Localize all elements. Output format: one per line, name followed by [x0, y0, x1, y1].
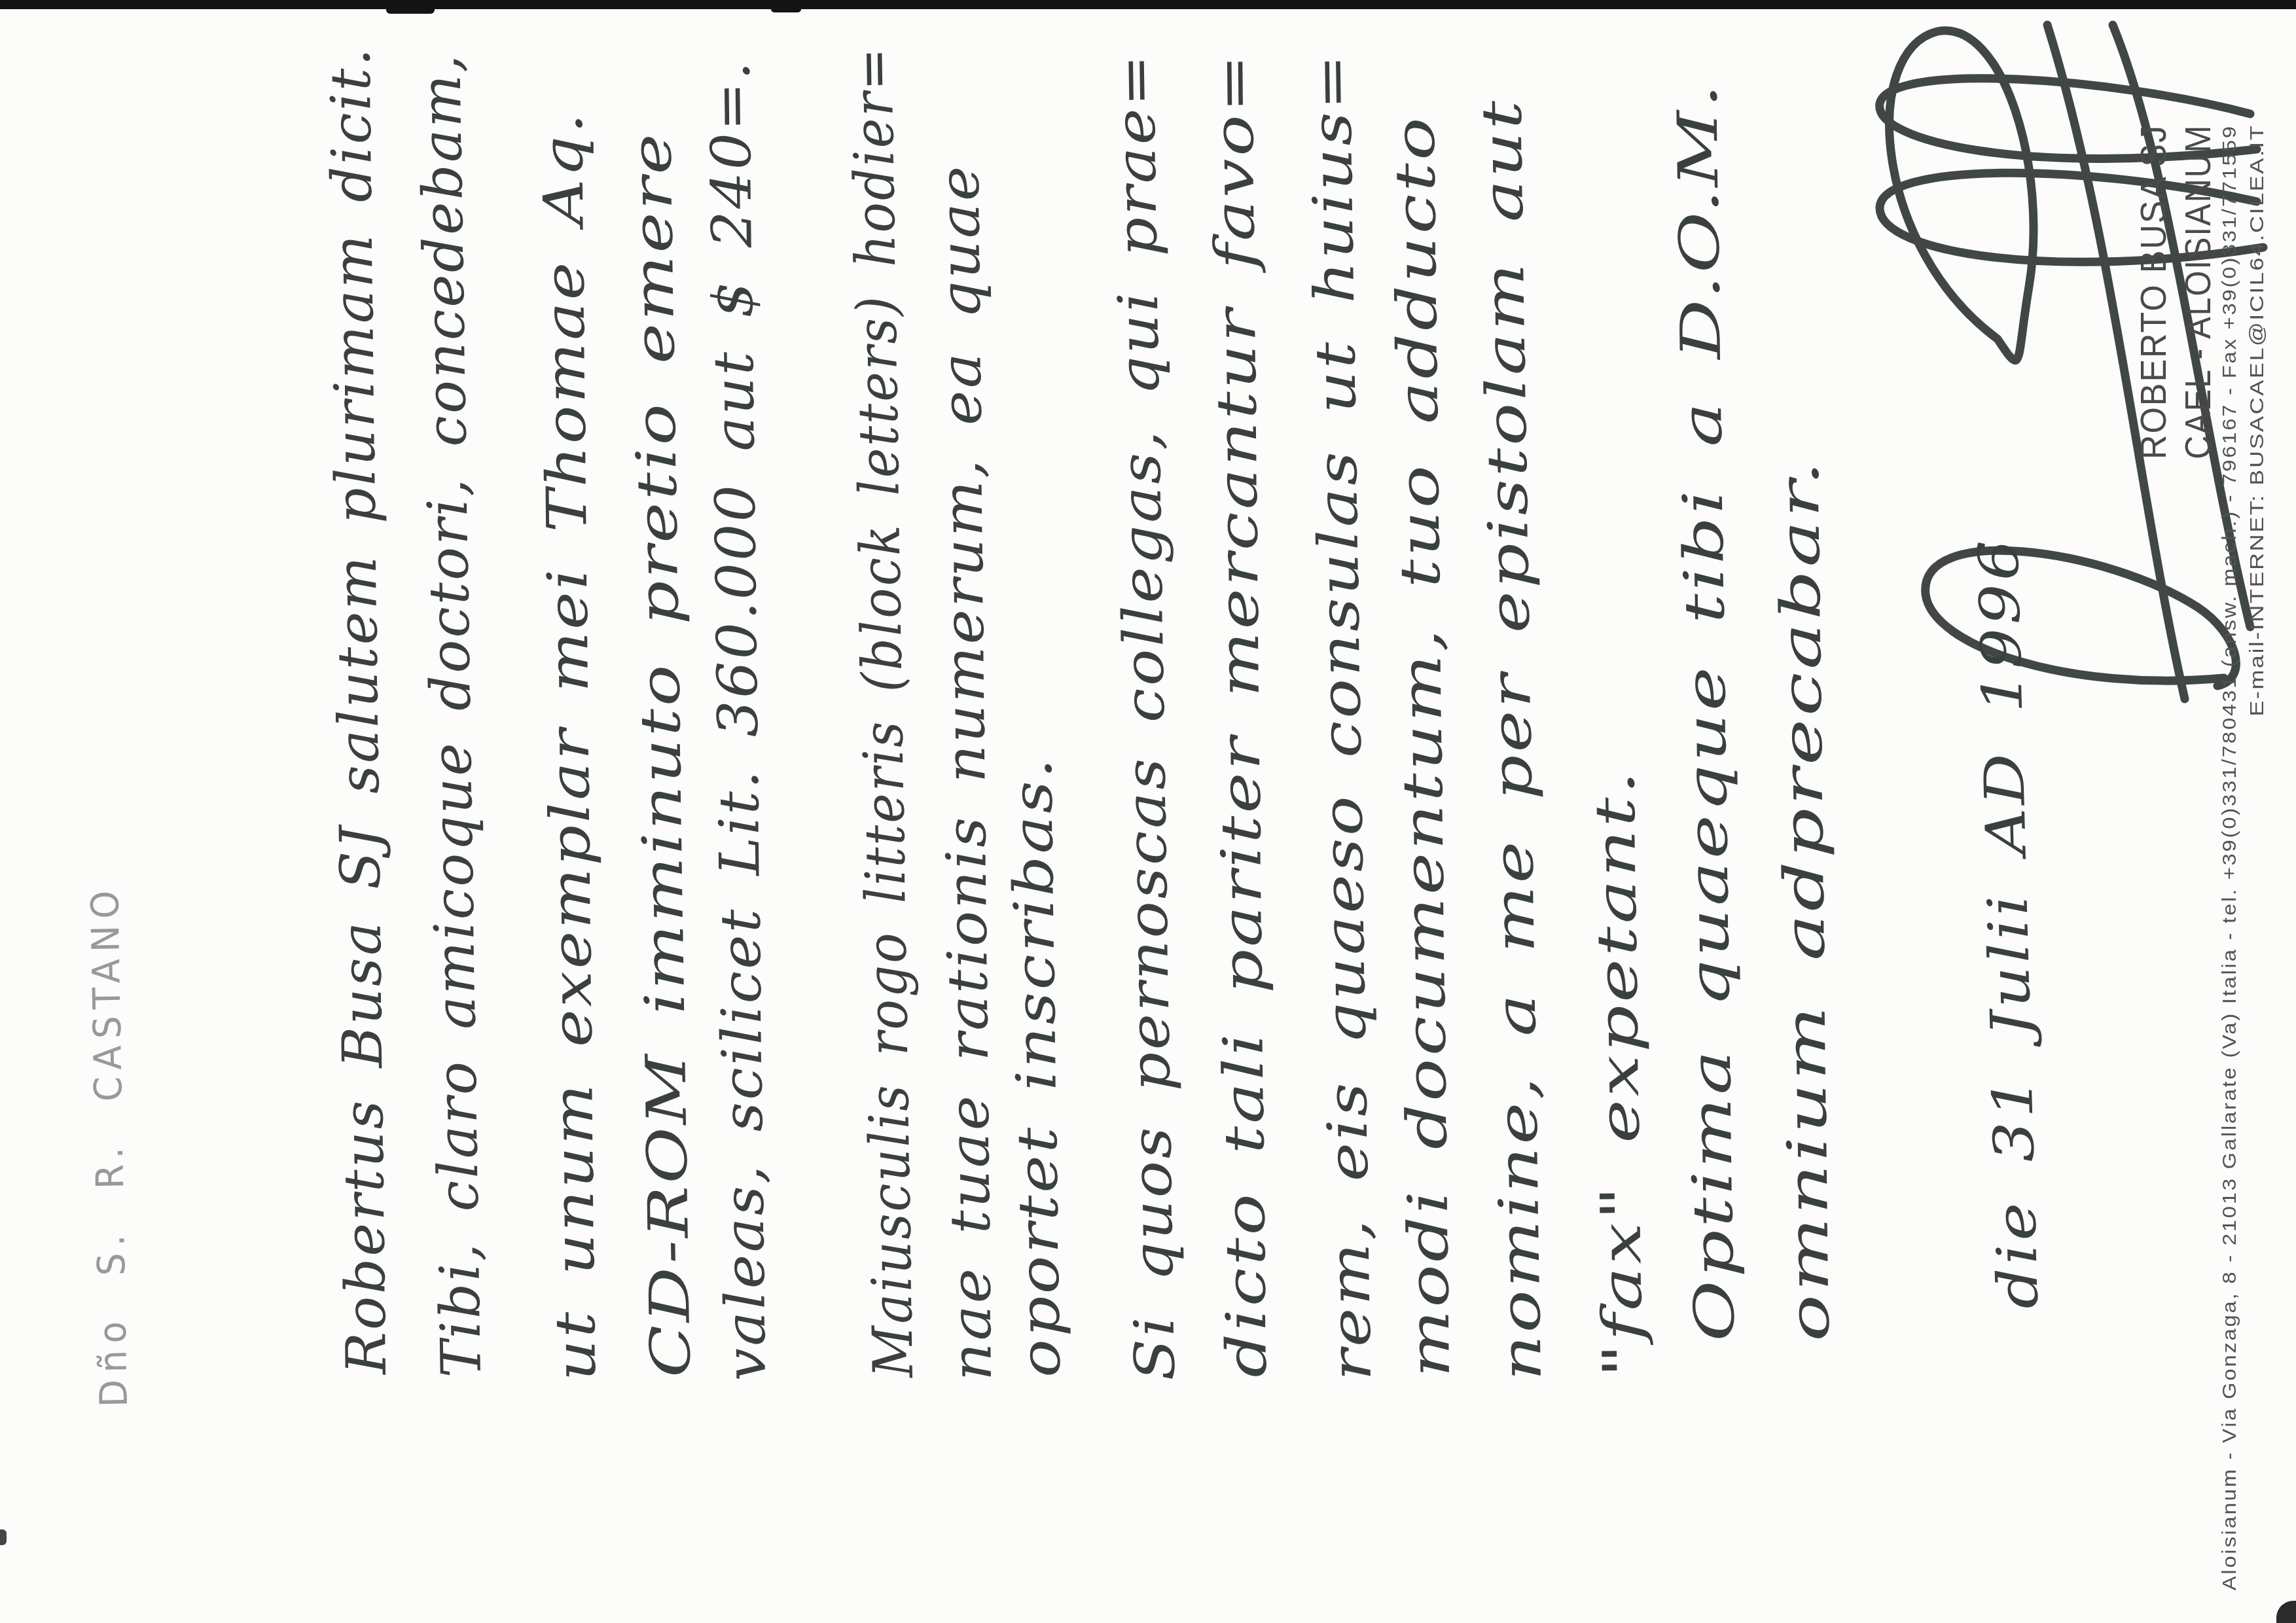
handwritten-line: nae tuae rationis numerum, ea quae — [932, 164, 999, 1381]
handwritten-line: Robertus Busa SJ salutem plurimam dicit. — [323, 46, 394, 1374]
handwritten-line: "fax" expetant. — [1587, 768, 1651, 1378]
handwritten-line: oportet inscribas. — [1005, 756, 1068, 1378]
handwritten-line: CD-ROM imminuto pretio emere — [624, 131, 698, 1378]
scanner-speck-artifact — [0, 1529, 7, 1545]
letterhead-email: E-mail-INTERNET: BUSACAEL@ICIL64.CILEA.I… — [2248, 124, 2267, 717]
letterhead-address-contact: Aloisianum - Via Gonzaga, 8 - 21013 Gall… — [2220, 124, 2240, 1590]
handwritten-line: modi documentum, tuo adducto — [1387, 115, 1458, 1378]
letterhead-organization: CAEL - ALOISIANUM — [2179, 124, 2216, 459]
handwritten-line: rem, eis quaeso consulas ut huius= — [1303, 52, 1379, 1382]
handwritten-line: valeas, scilicet Lit. 360.000 aut $ 240=… — [702, 60, 774, 1382]
scanner-edge-artifact — [0, 0, 2296, 9]
handwritten-line: omnium adprecabar. — [1772, 458, 1837, 1342]
handwritten-line: nomine, a me per epistolam aut — [1474, 98, 1549, 1382]
handwritten-line: Si quos pernoscas collegas, qui prae= — [1107, 52, 1183, 1382]
handwritten-line: ut unum exemplar mei Thomae Aq. — [535, 111, 603, 1381]
recipient-line: Dño S. R. CASTANO — [82, 883, 136, 1408]
handwritten-line: dicto tali pariter mercantur favo= — [1206, 52, 1274, 1378]
handwritten-line: Maiusculis rogo litteris (block letters)… — [845, 46, 921, 1378]
letterhead-name: ROBERTO BUSA SJ — [2135, 124, 2172, 459]
handwritten-line: Optima quaeque tibi a D.O.M. — [1670, 81, 1742, 1342]
scan-page: Dño S. R. CASTANO Robertus Busa SJ salut… — [0, 0, 2296, 1623]
letter-sheet: Dño S. R. CASTANO Robertus Busa SJ salut… — [0, 0, 2296, 1623]
handwritten-line: Tibi, claro amicoque doctori, concedebam… — [413, 52, 489, 1378]
